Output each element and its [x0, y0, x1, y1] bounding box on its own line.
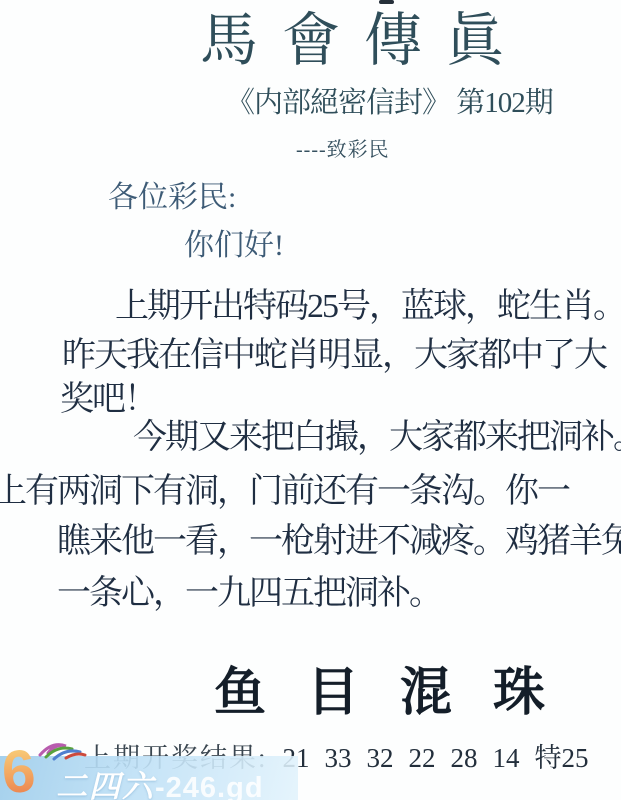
fax-document-page: 馬會傳眞 《内部絕密信封》 第102期 ----致彩民 各位彩民: 你们好! 上…: [0, 0, 621, 800]
salutation: 各位彩民:: [108, 172, 236, 216]
idiom-headline: 鱼 目 混 珠: [214, 650, 559, 725]
issue-subtitle: 《内部絕密信封》 第102期: [226, 86, 553, 121]
watermark-text: 二四六-246.gd: [56, 761, 264, 800]
document-title: 馬會傳眞: [200, 8, 528, 75]
letter-line: 一条心，一九四五把洞补。: [57, 565, 441, 614]
result-number: 33: [325, 743, 352, 774]
letter-line: 今期又来把白撮，大家都来把洞补。: [133, 409, 621, 458]
result-number: 28: [451, 743, 478, 774]
letter-line: 昨天我在信中蛇肖明显，大家都中了大: [62, 327, 606, 376]
result-number: 14: [493, 743, 520, 774]
dedication-line: ----致彩民: [296, 133, 390, 162]
letter-line: 上有两洞下有洞，门前还有一条沟。你一: [0, 463, 569, 512]
letter-line: 瞧来他一看，一枪射进不减疼。鸡猪羊兔: [57, 513, 621, 562]
result-number: 32: [367, 743, 394, 774]
watermark-brand: 二四六: [56, 769, 155, 800]
letter-line: 上期开出特码25号，蓝球，蛇生肖。: [115, 278, 621, 327]
special-number: 特25: [535, 736, 589, 775]
scan-smudge: [379, 0, 394, 4]
watermark-domain: -246.gd: [155, 772, 264, 800]
ribbon-swirl-icon: [36, 739, 88, 763]
greeting: 你们好!: [184, 220, 284, 264]
result-number: 22: [409, 743, 436, 774]
watermark-six-logo: 6: [0, 743, 37, 800]
